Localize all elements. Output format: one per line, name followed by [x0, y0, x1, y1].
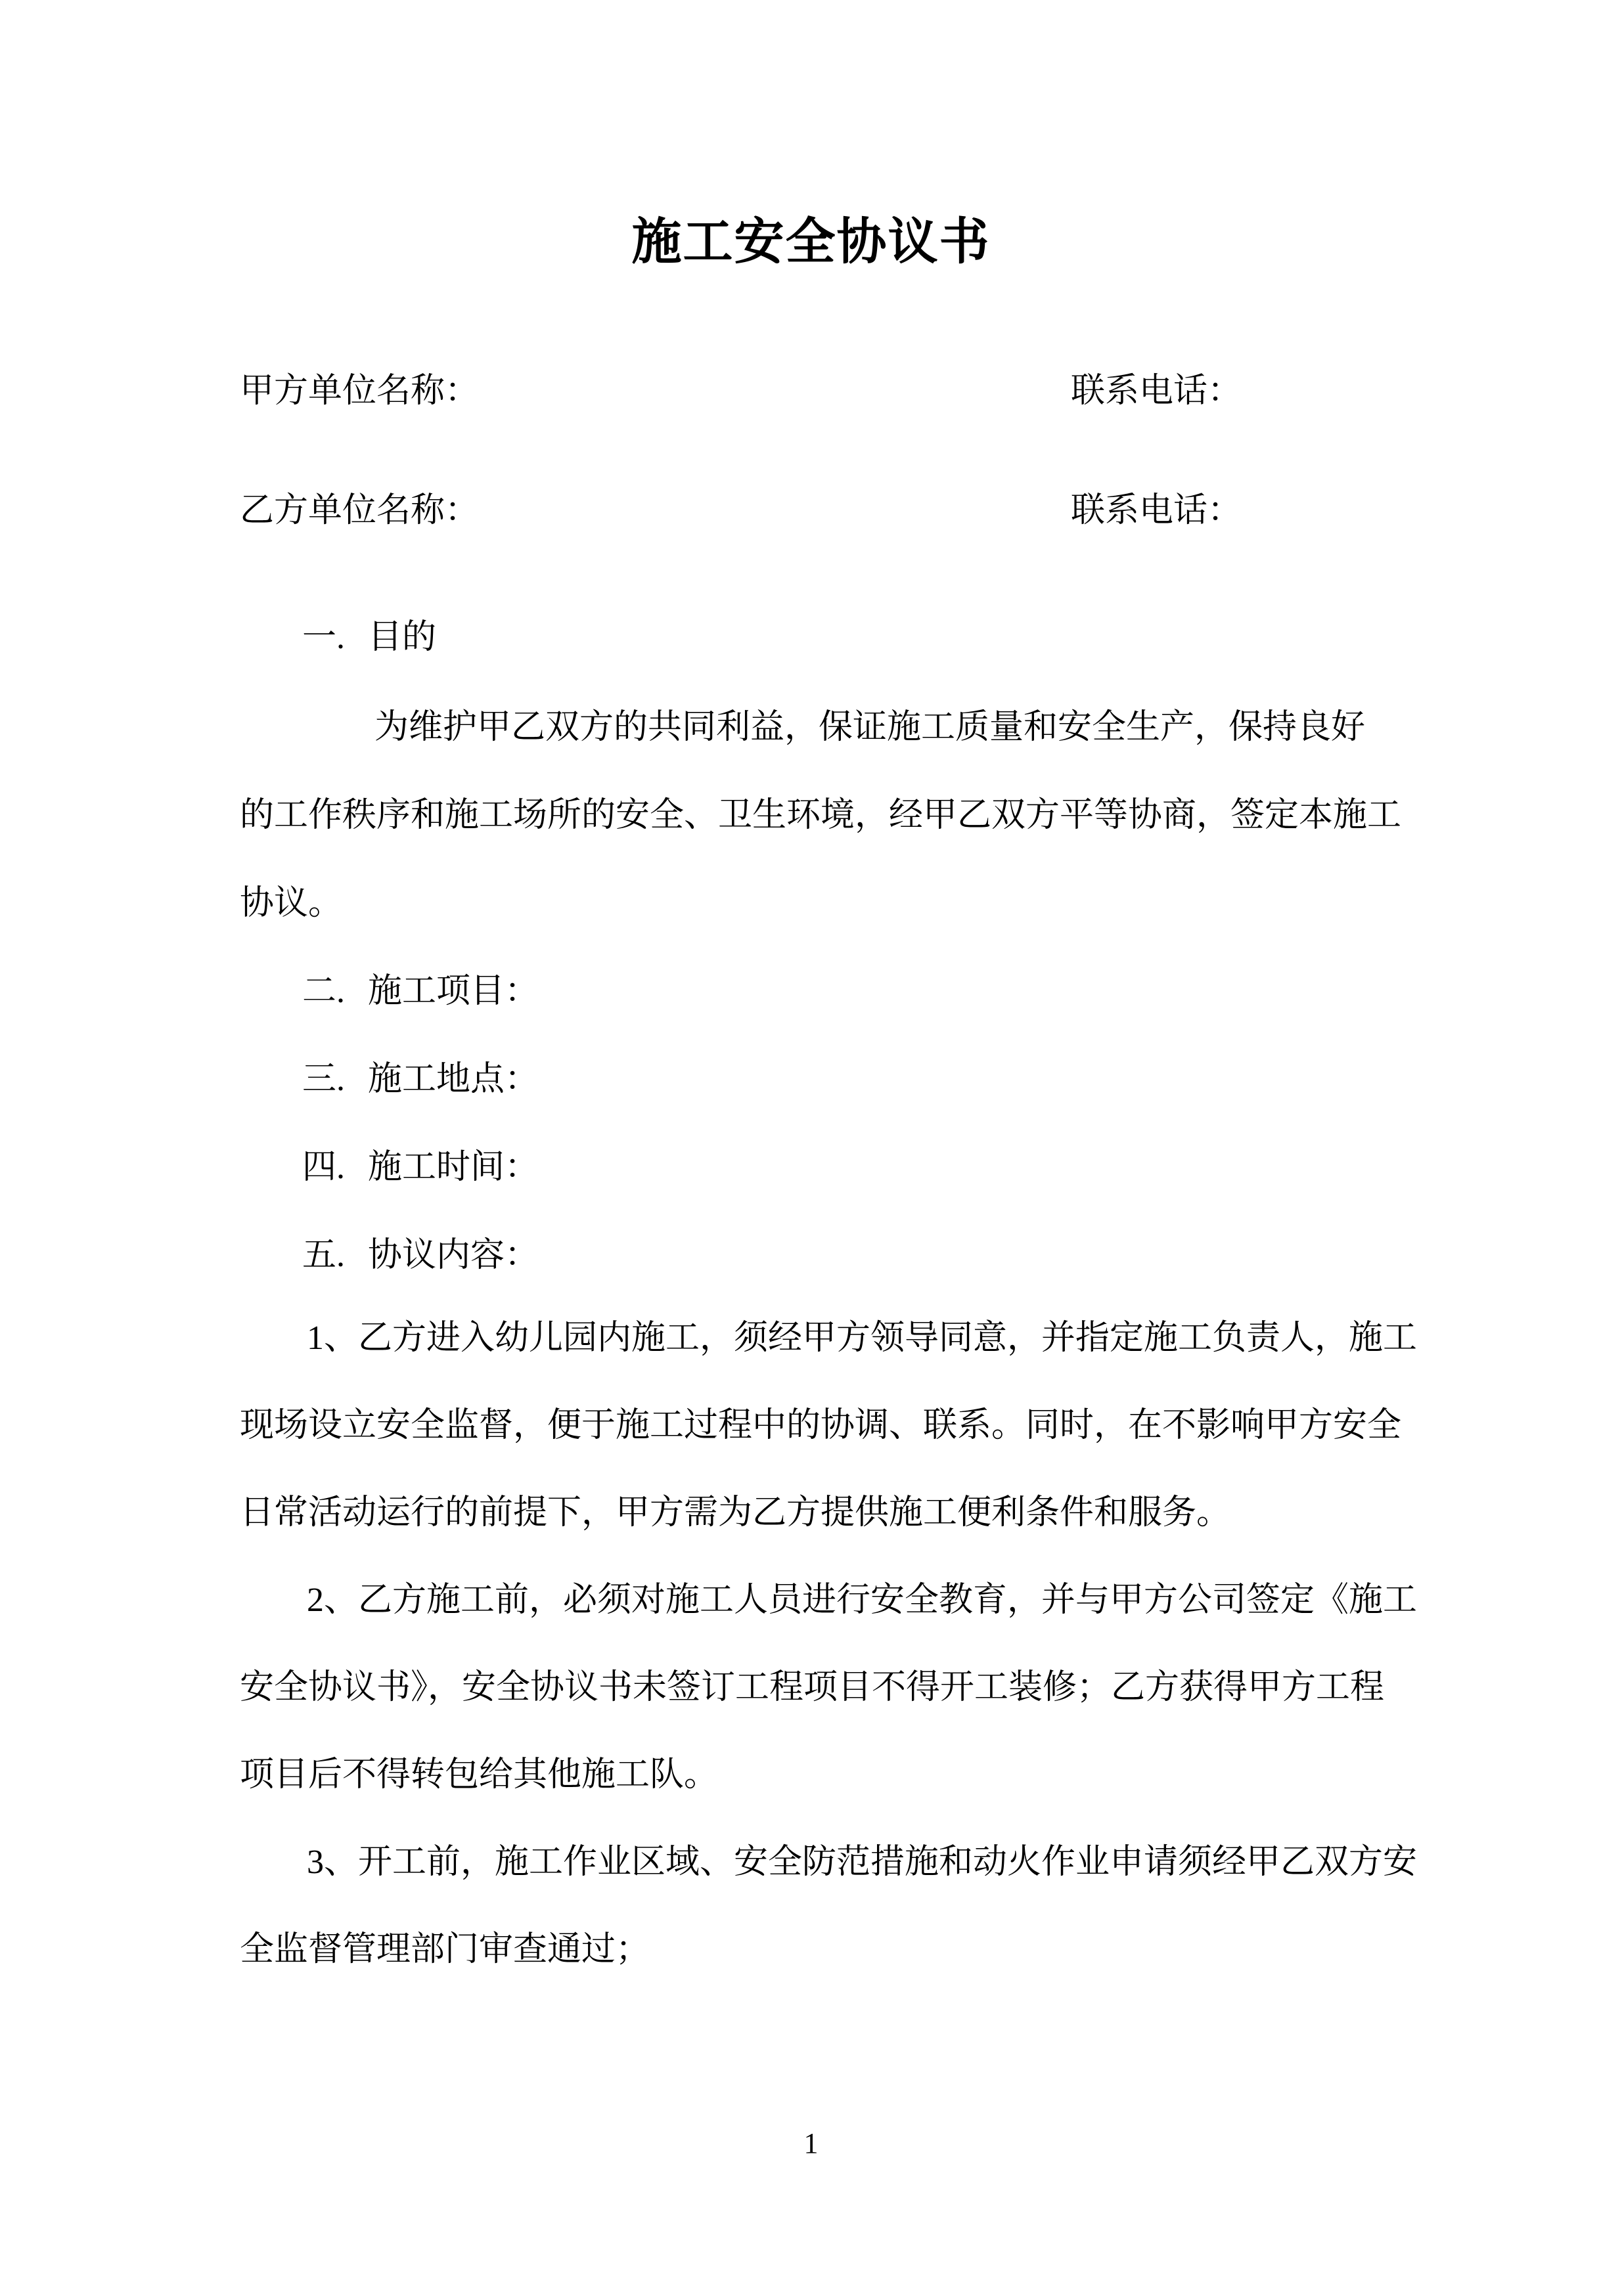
- clause-1-line: 日常活动运行的前提下，甲方需为乙方提供施工便利条件和服务。: [240, 1491, 1230, 1534]
- section-5-number: 五.: [302, 1234, 345, 1277]
- document-page: 施工安全协议书 甲方单位名称： 联系电话： 乙方单位名称： 联系电话： 一. 目…: [0, 0, 1622, 2296]
- section-5-heading: 协议内容：: [368, 1234, 539, 1277]
- clause-1-line: 1、乙方进入幼儿园内施工，须经甲方领导同意，并指定施工负责人，施工: [307, 1317, 1417, 1359]
- section-4-number: 四.: [302, 1146, 345, 1189]
- purpose-paragraph-line: 为维护甲乙双方的共同利益，保证施工质量和安全生产，保持良好: [374, 706, 1365, 749]
- clause-3-line: 全监督管理部门审查通过；: [240, 1928, 650, 1971]
- page-number: 1: [0, 2127, 1622, 2161]
- section-1-number: 一.: [302, 616, 345, 659]
- party-a-name-label: 甲方单位名称：: [240, 370, 479, 412]
- section-2-number: 二.: [302, 970, 345, 1013]
- party-b-phone-label: 联系电话：: [1071, 489, 1242, 532]
- party-a-phone-label: 联系电话：: [1071, 370, 1242, 412]
- purpose-paragraph-line: 协议。: [240, 882, 342, 925]
- section-3-number: 三.: [302, 1058, 345, 1101]
- clause-2-line: 2、乙方施工前，必须对施工人员进行安全教育，并与甲方公司签定《施工: [307, 1579, 1417, 1622]
- clause-2-line: 项目后不得转包给其他施工队。: [240, 1754, 718, 1796]
- party-b-name-label: 乙方单位名称：: [240, 489, 479, 532]
- clause-1-line: 现场设立安全监督，便于施工过程中的协调、联系。同时，在不影响甲方安全: [240, 1404, 1401, 1447]
- clause-3-line: 3、开工前，施工作业区域、安全防范措施和动火作业申请须经甲乙双方安: [307, 1841, 1417, 1884]
- section-3-heading: 施工地点：: [368, 1058, 539, 1101]
- section-1-heading: 目的: [368, 616, 436, 659]
- document-title: 施工安全协议书: [0, 215, 1622, 271]
- section-2-heading: 施工项目：: [368, 970, 539, 1013]
- clause-2-line: 安全协议书》，安全协议书未签订工程项目不得开工装修；乙方获得甲方工程: [240, 1666, 1384, 1709]
- purpose-paragraph-line: 的工作秩序和施工场所的安全、卫生环境，经甲乙双方平等协商，签定本施工: [240, 794, 1401, 837]
- section-4-heading: 施工时间：: [368, 1146, 539, 1189]
